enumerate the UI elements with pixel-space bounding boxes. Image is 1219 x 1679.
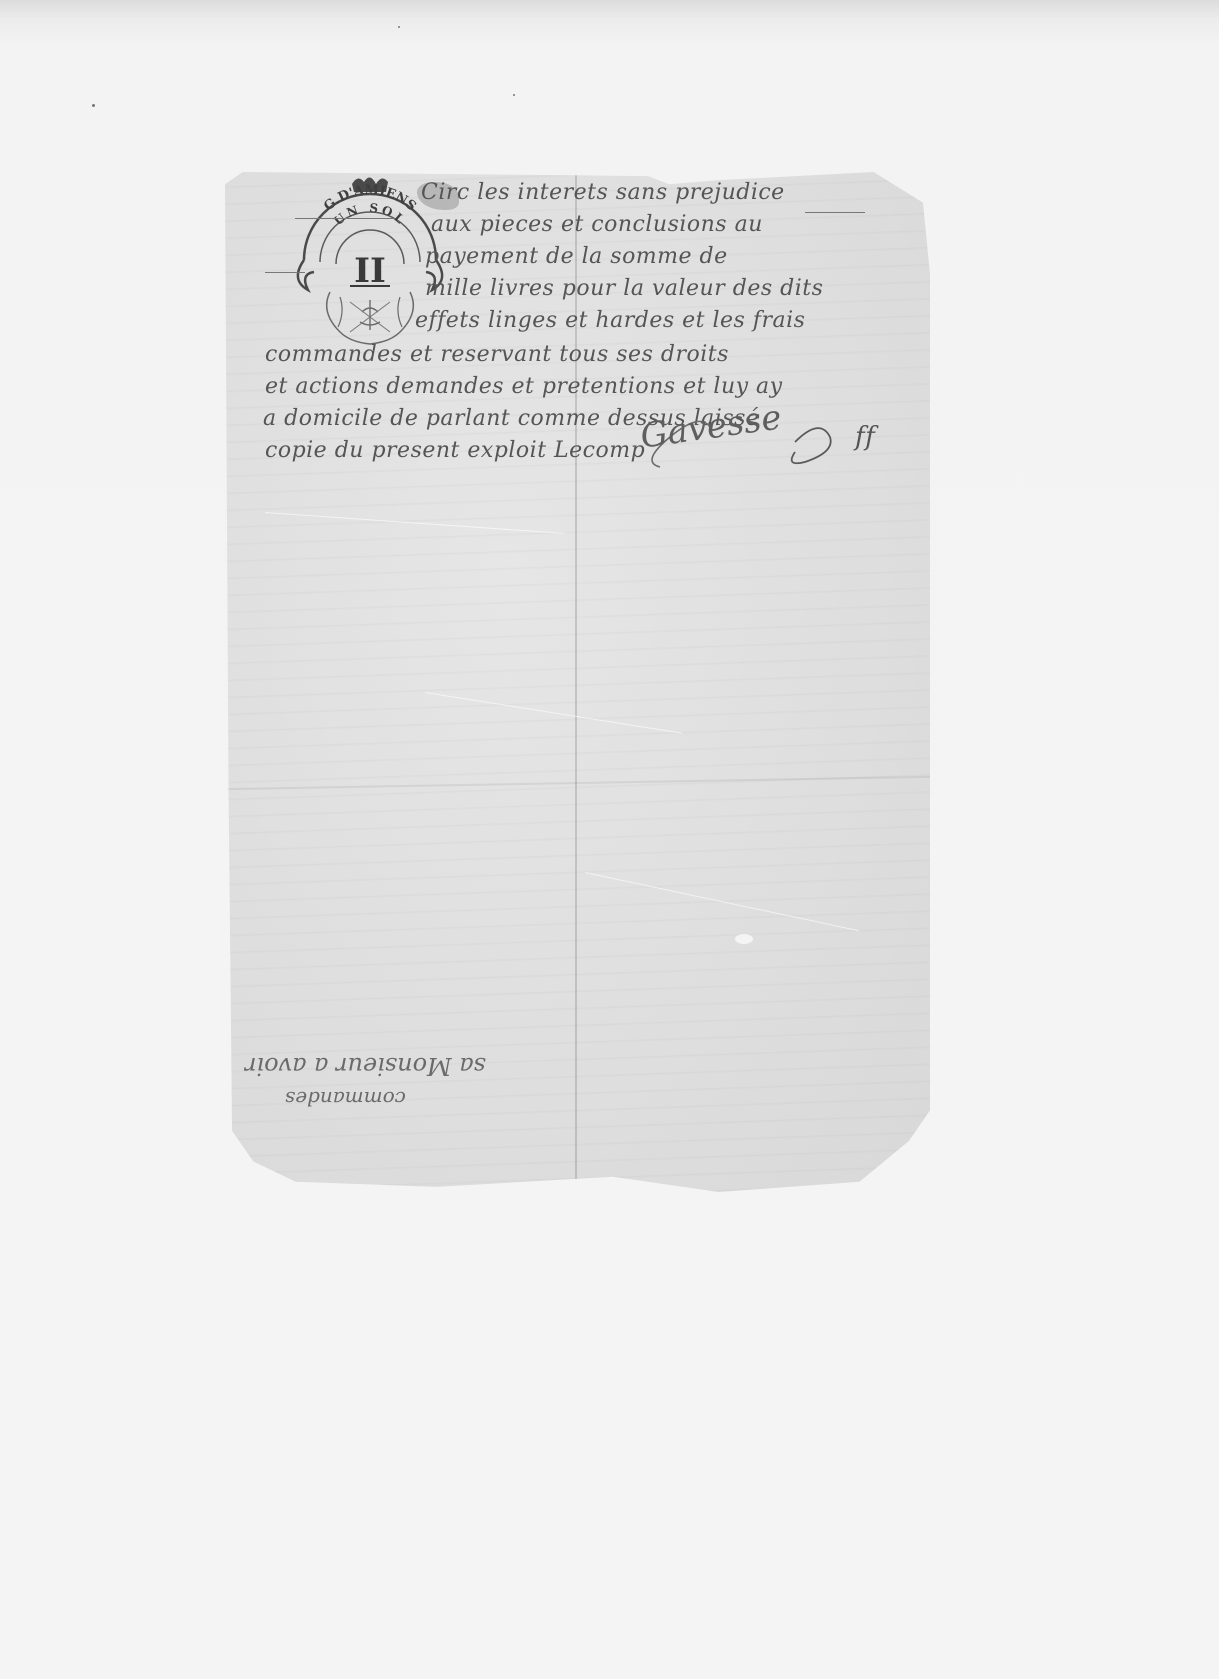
reverse-note-line-2: commandes (285, 1087, 406, 1111)
handwritten-line-3: payement de la somme de (425, 244, 728, 269)
line-filler-dash (265, 272, 305, 273)
handwritten-line-6: commandes et reservant tous ses droits (265, 342, 729, 367)
paper-hole (735, 934, 753, 944)
dust-speck (92, 104, 95, 107)
handwritten-line-2: aux pieces et conclusions au (431, 212, 763, 237)
handwritten-line-1: Circ les interets sans prejudice (421, 180, 785, 205)
handwritten-line-7: et actions demandes et pretentions et lu… (265, 374, 783, 399)
handwritten-line-4: mille livres pour la valeur des dits (425, 276, 823, 301)
reverse-note-line-1: sa Monsieur a avoir (245, 1052, 486, 1080)
document-page: G.D'AMIENS UN SOL II Circ les interets s… (225, 172, 930, 1192)
handwritten-line-5: effets linges et hardes et les frais (415, 308, 805, 333)
line-filler-dash (295, 218, 395, 219)
line-filler-dash (805, 212, 865, 213)
signature-paraph: ff (855, 422, 875, 452)
dust-speck (398, 26, 400, 28)
horizontal-fold-crease (225, 776, 930, 790)
paper-crease (585, 872, 859, 931)
dust-speck (513, 94, 515, 96)
handwritten-line-9: copie du present exploit Lecomp (265, 438, 645, 463)
paper-crease (425, 692, 682, 734)
paper-crease (265, 512, 564, 534)
